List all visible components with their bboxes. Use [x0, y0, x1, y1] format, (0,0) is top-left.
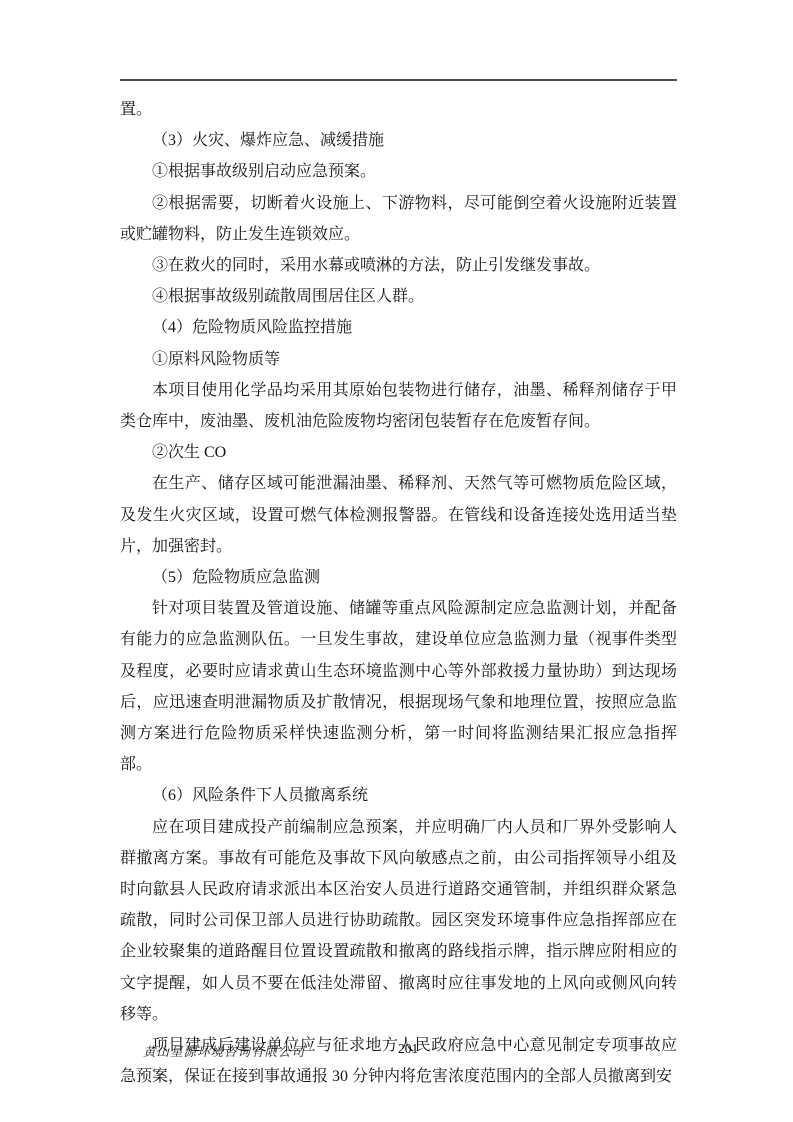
paragraph: ①根据事故级别启动应急预案。 — [120, 156, 677, 187]
paragraph: 项目建成后建设单位应与征求地方人民政府应急中心意见制定专项事故应急预案，保证在接… — [120, 1030, 677, 1092]
header-rule — [120, 79, 677, 81]
paragraph: （6）风险条件下人员撤离系统 — [120, 780, 677, 811]
paragraph: （5）危险物质应急监测 — [120, 562, 677, 593]
footer-company-name: 黄山星源环境咨询有限公司 — [143, 1042, 305, 1060]
document-page: 置。（3）火灾、爆炸应急、减缓措施①根据事故级别启动应急预案。②根据需要，切断着… — [0, 0, 793, 1122]
paragraph: （4）危险物质风险监控措施 — [120, 312, 677, 343]
paragraph: ③在救火的同时，采用水幕或喷淋的方法，防止引发继发事故。 — [120, 250, 677, 281]
paragraph: （3）火灾、爆炸应急、减缓措施 — [120, 125, 677, 156]
footer-page-number: 201 — [398, 1041, 418, 1057]
paragraph: 置。 — [120, 94, 677, 125]
paragraph: 应在项目建成投产前编制应急预案，并应明确厂内人员和厂界外受影响人群撤离方案。事故… — [120, 812, 677, 1030]
paragraph: ④根据事故级别疏散周围居住区人群。 — [120, 281, 677, 312]
document-body: 置。（3）火灾、爆炸应急、减缓措施①根据事故级别启动应急预案。②根据需要，切断着… — [120, 94, 677, 1093]
paragraph: 针对项目装置及管道设施、储罐等重点风险源制定应急监测计划，并配备有能力的应急监测… — [120, 593, 677, 780]
paragraph: 本项目使用化学品均采用其原始包装物进行储存，油墨、稀释剂储存于甲类仓库中，废油墨… — [120, 375, 677, 437]
paragraph: ②根据需要，切断着火设施上、下游物料，尽可能倒空着火设施附近装置或贮罐物料，防止… — [120, 188, 677, 250]
paragraph: 在生产、储存区域可能泄漏油墨、稀释剂、天然气等可燃物质危险区域，及发生火灾区域，… — [120, 468, 677, 562]
paragraph: ①原料风险物质等 — [120, 344, 677, 375]
paragraph: ②次生 CO — [120, 437, 677, 468]
